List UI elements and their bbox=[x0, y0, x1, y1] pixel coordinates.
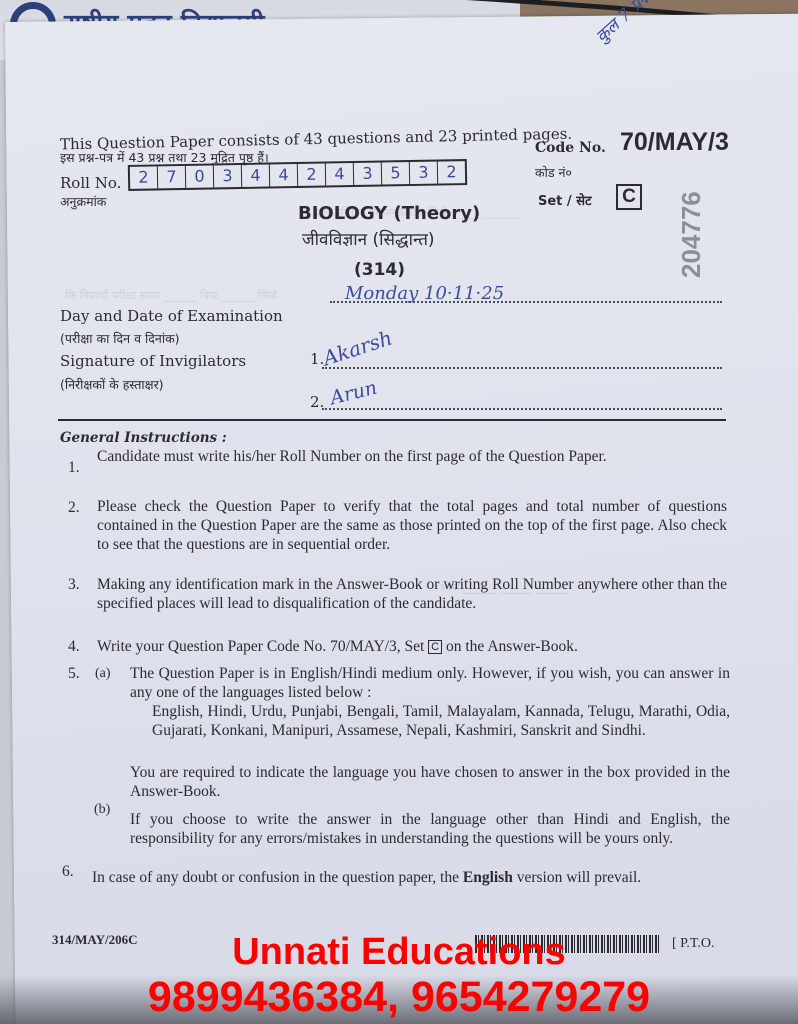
code-number-label-hi: कोड नं० bbox=[535, 164, 572, 181]
roll-number-boxes: 270344243532 bbox=[128, 159, 467, 191]
roll-number-label-hi: अनुक्रमांक bbox=[60, 193, 106, 210]
instruction-5a-text: The Question Paper is in English/Hindi m… bbox=[130, 664, 730, 702]
instruction-5a-note: You are required to indicate the languag… bbox=[130, 763, 730, 801]
instruction-6-number: 6. bbox=[62, 862, 74, 881]
watermark-line-2: 9899436384, 9654279279 bbox=[0, 973, 798, 1022]
instruction-4-number: 4. bbox=[68, 637, 80, 656]
instruction-5-number: 5. bbox=[68, 664, 80, 683]
instruction-4-text: Write your Question Paper Code No. 70/MA… bbox=[97, 637, 737, 656]
roll-digit-box: 4 bbox=[326, 163, 354, 185]
instruction-5b-label: (b) bbox=[94, 800, 110, 819]
invigilators-label-en: Signature of Invigilators bbox=[60, 352, 246, 370]
question-paper-content: ि उत्तर पुस्तिका पर अनुक्रमांक लिखें ___… bbox=[0, 0, 798, 1024]
roll-digit-box: 4 bbox=[242, 164, 270, 186]
roll-digit-box: 3 bbox=[214, 165, 242, 187]
invigilator-1-signature: Akarsh bbox=[320, 326, 395, 371]
instruction-6-bold: English bbox=[463, 869, 513, 886]
handwritten-top-note: कुल 7 प्रश्न bbox=[590, 0, 656, 47]
code-number-label-en: Code No. bbox=[535, 140, 606, 156]
invigilator-2-line bbox=[322, 407, 722, 410]
roll-digit-box: 4 bbox=[270, 164, 298, 186]
invigilators-label-hi: (निरीक्षकों के हस्ताक्षर) bbox=[60, 376, 164, 393]
instruction-2-text: Please check the Question Paper to verif… bbox=[97, 497, 727, 554]
day-date-label-en: Day and Date of Examination bbox=[60, 307, 283, 325]
roll-digit-box: 2 bbox=[438, 161, 465, 183]
subject-title-en: BIOLOGY (Theory) bbox=[298, 203, 480, 224]
instructions-title: General Instructions : bbox=[60, 430, 227, 446]
roll-digit-box: 5 bbox=[382, 162, 410, 184]
day-date-label-hi: (परीक्षा का दिन व दिनांक) bbox=[60, 330, 180, 347]
subject-code: (314) bbox=[354, 260, 405, 280]
set-label: Set / सेट bbox=[538, 191, 592, 209]
instruction-5a-languages: English, Hindi, Urdu, Punjabi, Bengali, … bbox=[152, 702, 730, 740]
roll-digit-box: 3 bbox=[354, 163, 382, 185]
roll-digit-box: 2 bbox=[130, 166, 158, 188]
roll-digit-box: 2 bbox=[298, 164, 326, 186]
subject-title-hi: जीवविज्ञान (सिद्धान्त) bbox=[302, 227, 435, 250]
instruction-2-number: 2. bbox=[68, 498, 80, 517]
day-date-value: Monday 10·11·25 bbox=[345, 283, 504, 304]
instruction-3-text: Making any identification mark in the An… bbox=[97, 575, 727, 613]
watermark-line-1: Unnati Educations bbox=[0, 931, 798, 974]
instruction-5b-text: If you choose to write the answer in the… bbox=[130, 810, 730, 848]
instruction-5a-label: (a) bbox=[95, 664, 111, 683]
roll-digit-box: 7 bbox=[158, 166, 186, 188]
instruction-6-text-after: version will prevail. bbox=[517, 869, 641, 886]
instruction-6-text: In case of any doubt or confusion in the… bbox=[92, 868, 730, 887]
set-value-box: C bbox=[616, 184, 642, 210]
invigilator-2-signature: Arun bbox=[328, 377, 379, 410]
instruction-1-text: Candidate must write his/her Roll Number… bbox=[97, 447, 727, 466]
instruction-1-number: 1. bbox=[68, 458, 80, 477]
instruction-4-text-before: Write your Question Paper Code No. 70/MA… bbox=[97, 638, 424, 655]
section-divider bbox=[58, 419, 726, 421]
instruction-4-text-after: on the Answer-Book. bbox=[446, 638, 578, 655]
instruction-4-set-box: C bbox=[428, 640, 442, 654]
instruction-6-text-before: In case of any doubt or confusion in the… bbox=[92, 869, 459, 886]
invigilator-1-line bbox=[322, 366, 722, 369]
roll-digit-box: 3 bbox=[410, 162, 438, 184]
code-number-value: 70/MAY/3 bbox=[620, 128, 729, 157]
roll-number-label-en: Roll No. bbox=[60, 174, 121, 192]
instruction-3-number: 3. bbox=[68, 575, 80, 594]
roll-digit-box: 0 bbox=[186, 165, 214, 187]
serial-number: 204776 bbox=[676, 191, 707, 278]
